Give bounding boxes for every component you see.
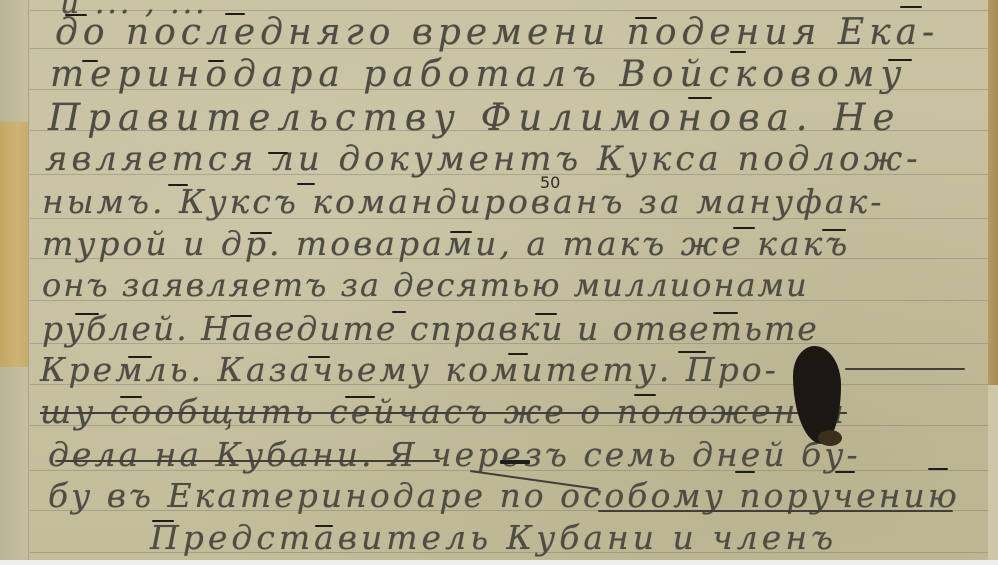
ink-blot-smudge bbox=[818, 430, 842, 446]
overline-mark bbox=[152, 520, 174, 522]
overline-mark bbox=[535, 313, 557, 315]
overline-mark bbox=[392, 311, 406, 313]
overline-mark bbox=[822, 229, 846, 231]
margin-line bbox=[28, 0, 29, 560]
overline-mark bbox=[450, 231, 472, 233]
handwritten-line-4: является ли документъ Кукса подлож- bbox=[45, 139, 922, 179]
overline-mark bbox=[250, 232, 272, 234]
page-number: 50 bbox=[540, 173, 560, 192]
overline-mark bbox=[268, 152, 288, 154]
overline-mark bbox=[900, 6, 922, 8]
manuscript-page: и ... , ... до последняго времени подени… bbox=[0, 0, 998, 560]
overline-mark bbox=[508, 353, 528, 355]
overline-mark bbox=[730, 51, 746, 53]
overline-mark bbox=[82, 60, 98, 62]
handwritten-line-7: онъ заявляетъ за десятью миллионами bbox=[42, 266, 809, 304]
overline-mark bbox=[835, 471, 855, 473]
overline-mark bbox=[634, 394, 656, 396]
overline-mark bbox=[75, 313, 99, 315]
overline-mark bbox=[888, 59, 912, 61]
overline-mark bbox=[208, 60, 224, 62]
paper-right-edge-light bbox=[988, 385, 998, 560]
overline-mark bbox=[928, 468, 948, 470]
binding-tape bbox=[0, 122, 28, 367]
underline-mark bbox=[598, 510, 953, 512]
overline-mark bbox=[678, 351, 706, 353]
overline-mark bbox=[735, 471, 755, 473]
overline-mark bbox=[128, 356, 152, 358]
overline-mark bbox=[297, 183, 315, 185]
overline-mark bbox=[65, 14, 87, 16]
overline-mark bbox=[713, 312, 738, 314]
strikeout-mark bbox=[845, 368, 965, 370]
overline-mark bbox=[230, 315, 252, 317]
handwritten-line-1: до последняго времени подения Ека- bbox=[55, 12, 939, 53]
handwritten-line-8: рублей. Наведите справки и ответьте bbox=[42, 309, 819, 348]
overline-mark bbox=[635, 17, 657, 19]
overline-mark bbox=[168, 184, 188, 186]
handwritten-line-2: теринодара работалъ Войсковому bbox=[50, 54, 907, 95]
overline-mark bbox=[688, 97, 712, 99]
viewer-bottom-bar bbox=[0, 560, 998, 565]
handwritten-line-3: Правительству Филимонова. Не bbox=[48, 96, 901, 139]
handwritten-line-10-struck: шу сообщить сейчасъ же о положении bbox=[40, 392, 847, 431]
handwritten-line-6: турой и др. товарами, а такъ же какъ bbox=[42, 224, 850, 263]
overline-mark bbox=[500, 460, 530, 464]
overline-mark bbox=[315, 525, 333, 527]
strikeout-mark bbox=[55, 460, 440, 462]
overline-mark bbox=[308, 356, 330, 358]
overline-mark bbox=[733, 227, 755, 229]
handwritten-line-5: нымъ. Куксъ командированъ за мануфак- bbox=[42, 182, 884, 221]
handwritten-line-11: дела на Кубани. Я черезъ семь дней бу- bbox=[48, 435, 861, 474]
overline-mark bbox=[120, 396, 142, 398]
overline-mark bbox=[345, 396, 375, 398]
handwritten-line-13: Представитель Кубани и членъ bbox=[150, 518, 837, 557]
overline-mark bbox=[225, 13, 245, 15]
